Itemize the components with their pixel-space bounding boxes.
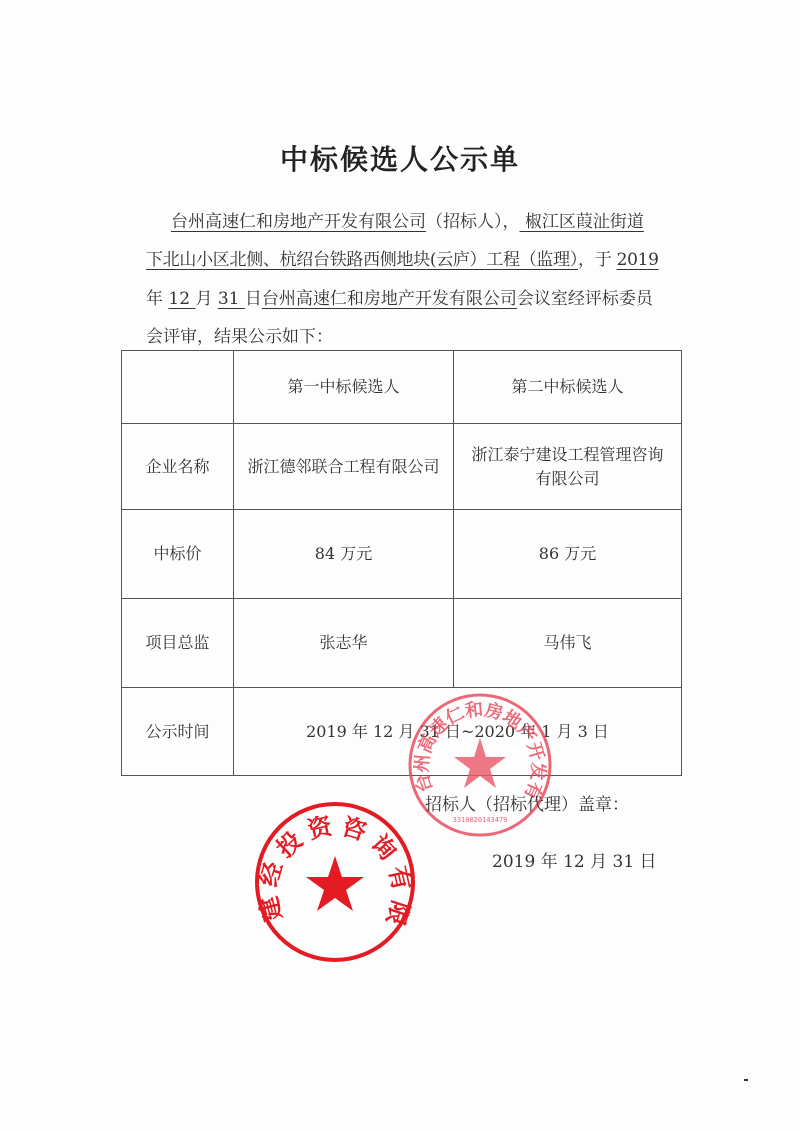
intro-line-1: 台州高速仁和房地产开发有限公司（招标人）， 椒江区葭沚街道 [171, 207, 644, 232]
table-row: 项目总监 张志华 马伟飞 [122, 599, 682, 688]
header-second-candidate: 第二中标候选人 [454, 351, 682, 424]
year-label: 年 [146, 289, 168, 309]
intro-line-2: 下北山小区北侧、杭绍台铁路西侧地块(云庐）工程（监理），于 2019 [146, 245, 659, 270]
venue-company: 台州高速仁和房地产开发有限公司 [262, 289, 517, 309]
project-name: 下北山小区北侧、杭绍台铁路西侧地块(云庐）工程（监理） [146, 250, 578, 270]
day-label: 日 [245, 289, 262, 309]
tenderer-seal: 台州高速仁和房地产开发有限公司 3310020143479 [405, 690, 555, 840]
month-label: 月 [195, 289, 217, 309]
review-month: 12 [168, 289, 195, 309]
scan-mark [744, 1079, 748, 1081]
second-project-director: 马伟飞 [454, 599, 682, 688]
first-company-name: 浙江德邻联合工程有限公司 [234, 424, 454, 510]
document-page: 中标候选人公示单 台州高速仁和房地产开发有限公司（招标人）， 椒江区葭沚街道 下… [0, 0, 800, 1131]
row-label-director: 项目总监 [122, 599, 234, 688]
tenderer-role: （招标人）， [426, 212, 520, 232]
date-prefix: ，于 [578, 250, 617, 270]
first-bid-price: 84 万元 [234, 510, 454, 599]
review-day: 31 [218, 289, 245, 309]
candidates-table: 第一中标候选人 第二中标候选人 企业名称 浙江德邻联合工程有限公司 浙江泰宁建设… [121, 350, 682, 776]
table-row: 公示时间 2019 年 12 月 31 日~2020 年 1 月 3 日 [122, 688, 682, 776]
row-label-price: 中标价 [122, 510, 234, 599]
tenderer-name: 台州高速仁和房地产开发有限公司 [171, 212, 426, 232]
first-project-director: 张志华 [234, 599, 454, 688]
row-label-period: 公示时间 [122, 688, 234, 776]
signature-date: 2019 年 12 月 31 日 [492, 847, 657, 872]
project-location-part1: 椒江区葭沚街道 [520, 212, 644, 232]
second-company-name: 浙江泰宁建设工程管理咨询有限公司 [454, 424, 682, 510]
table-row: 中标价 84 万元 86 万元 [122, 510, 682, 599]
venue-suffix: 会议室经评标委员 [517, 289, 653, 309]
header-first-candidate: 第一中标候选人 [234, 351, 454, 424]
svg-text:3310020143479: 3310020143479 [453, 816, 508, 824]
row-label-company: 企业名称 [122, 424, 234, 510]
intro-line-3: 年 12 月 31 日台州高速仁和房地产开发有限公司会议室经评标委员 [146, 284, 653, 309]
tendering-agent-seal: 建经投资咨询有限公司 [253, 800, 417, 964]
second-bid-price: 86 万元 [454, 510, 682, 599]
table-row: 企业名称 浙江德邻联合工程有限公司 浙江泰宁建设工程管理咨询有限公司 [122, 424, 682, 510]
header-empty-cell [122, 351, 234, 424]
review-year: 2019 [617, 250, 659, 270]
page-title: 中标候选人公示单 [0, 138, 800, 178]
seal-label: 招标人（招标代理）盖章： [425, 790, 629, 815]
intro-line-4: 会评审，结果公示如下： [146, 322, 333, 347]
table-header-row: 第一中标候选人 第二中标候选人 [122, 351, 682, 424]
